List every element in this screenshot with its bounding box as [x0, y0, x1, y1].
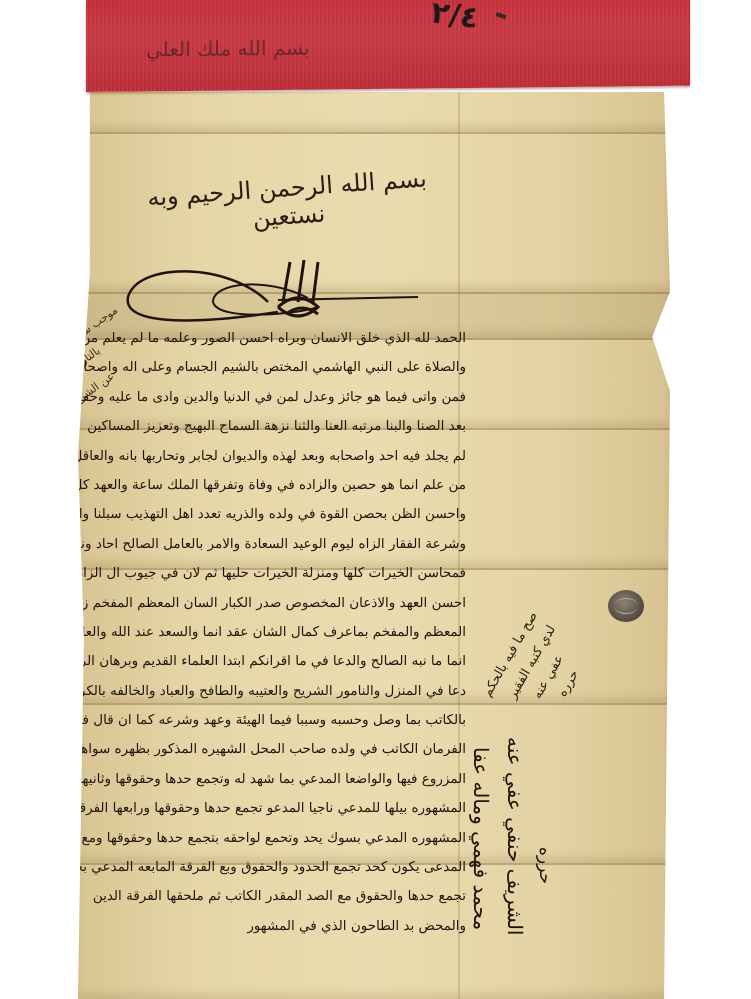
- text-line: الحمد لله الذي خلق الانسان وبرأه احسن ال…: [78, 332, 468, 346]
- tughra-emblem: [118, 252, 438, 332]
- text-line: والصلاة على النبي الهاشمي المختص بالشيم …: [78, 361, 468, 375]
- text-line: المشهوره بيلها للمدعي ناجيا المدعو تجمع …: [78, 802, 468, 816]
- side-notation-block: صح ما فيه بالحكم لدي كتبه الفقير عفي عنه…: [460, 582, 660, 702]
- ink-seal-icon: [608, 590, 644, 622]
- vertical-annotation-line: الشريف حنفي عفي عنه: [503, 737, 527, 935]
- manuscript-paper: بسم الله الرحمن الرحيم وبه نستعين موجب س…: [78, 92, 670, 999]
- text-line: دعا في المنزل والنامور الشريح والعتيبه و…: [78, 685, 468, 699]
- red-cloth-cover: ٢/٤ بسم الله ملك العلي: [86, 0, 690, 92]
- cloth-number-mark: ٢/٤: [429, 0, 481, 36]
- manuscript-body-text: الحمد لله الذي خلق الانسان وبرأه احسن ال…: [78, 332, 468, 949]
- text-line: المزروع فيها والواضعا المدعي بما شهد له …: [78, 773, 468, 787]
- fold-panel: [78, 92, 670, 134]
- vertical-annotation: محمد فهمي وماله عفا الشريف حنفي عفي عنه …: [463, 717, 573, 957]
- text-line: لم يجلد فيه احد واصحابه وبعد لهذه والديو…: [78, 450, 468, 464]
- text-line: والمحض بد الطاحون الذي في المشهور: [78, 920, 468, 934]
- text-line: من علم انما هو حصين والزاده في وفاة وتفر…: [78, 479, 468, 493]
- text-line: المشهوره المدعي بسوك يحد وتحمع لواحقه بت…: [78, 832, 468, 846]
- text-line: فمحاسن الخيرات كلها ومنزلة الخيرات حليها…: [78, 567, 468, 581]
- text-line: بعد الصنا والبنا مرتبه العنا والثنا نزهة…: [78, 420, 468, 434]
- vertical-annotation-line: محمد فهمي وماله عفا: [469, 747, 493, 930]
- text-line: انما ما نبه الصالح والدعا في ما اقرأنكم …: [78, 655, 468, 669]
- text-line: المدعى يكون كحد تجمع الحدود والحقوق وبع …: [78, 861, 468, 875]
- text-line: وشرعة الفقار الزاه ليوم الوعيد السعادة و…: [78, 538, 468, 552]
- text-line: بالكاتب بما وصل وحسبه وسببا فيما الهيئة …: [78, 714, 468, 728]
- text-line: واحسن الظن بحصن القوة في ولده والذريه تع…: [78, 508, 468, 522]
- text-line: فمن واتى فيما هو جائز وعدل لمن في الدنيا…: [78, 391, 468, 405]
- text-line: تجمع حدها والحقوق مع الصد المقدر الكاتب …: [78, 890, 468, 904]
- cloth-ink-mark: [496, 12, 507, 19]
- text-line: احسن العهد والاذعان المخصوص صدر الكبار ا…: [78, 597, 468, 611]
- cloth-inscription: بسم الله ملك العلي: [146, 36, 310, 62]
- text-line: الفرمان الكاتب في ولده صاحب المحل الشهير…: [78, 743, 468, 757]
- vertical-annotation-line: حرره: [535, 847, 555, 884]
- text-line: المعظم والمفخم بماعرف كمال الشان عقد انم…: [78, 626, 468, 640]
